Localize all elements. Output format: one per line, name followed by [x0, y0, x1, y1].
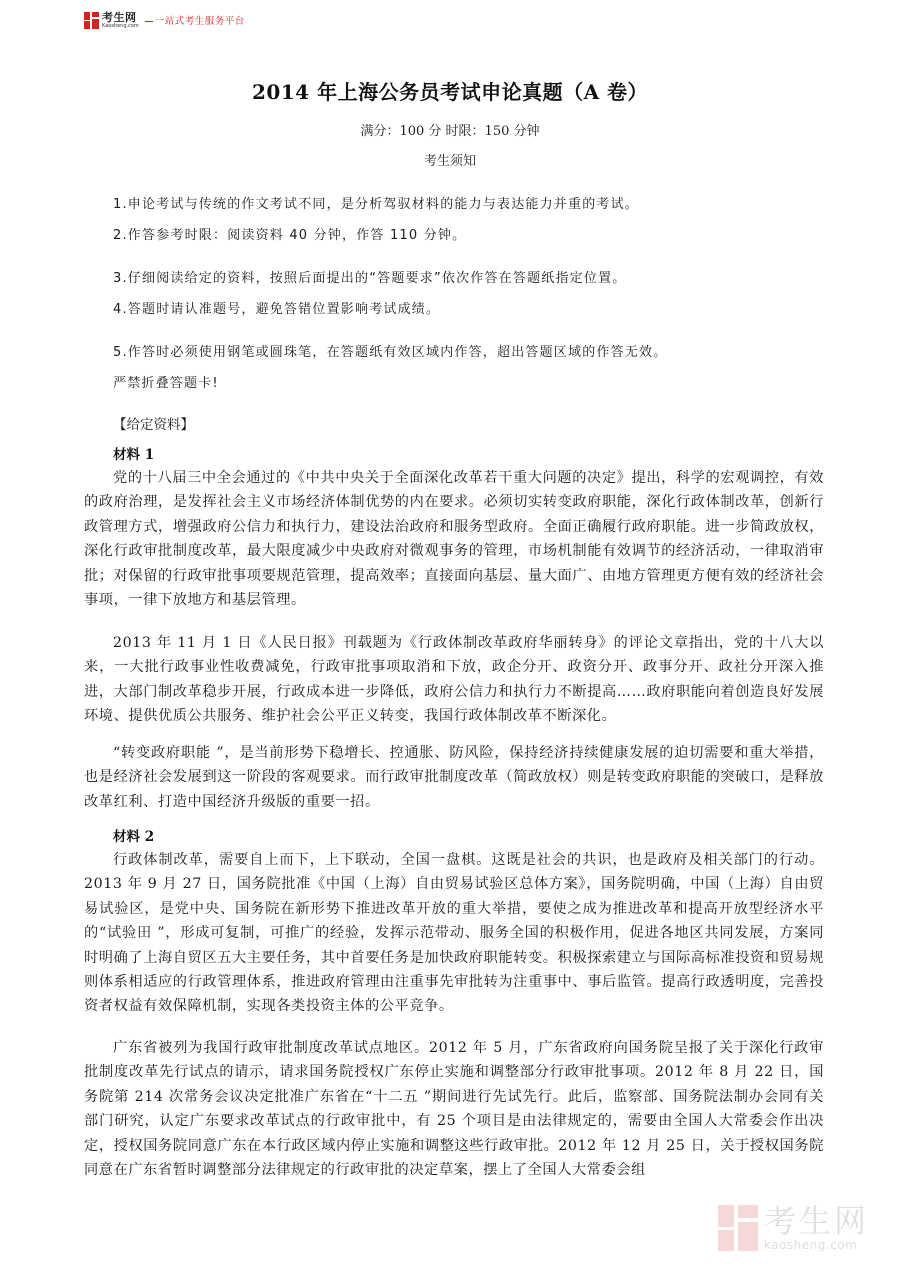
site-slogan: 一站式考生服务平台 — [145, 13, 245, 27]
kaosheng-logo-icon — [84, 12, 99, 29]
notice-item: 3.仔细阅读给定的资料，按照后面提出的“答题要求”依次作答在答题纸指定位置。 — [113, 267, 626, 286]
material-paragraph: 党的十八届三中全会通过的《中共中央关于全面深化改革若干重大问题的决定》提出，科学… — [84, 466, 824, 612]
watermark-cn: 考生网 — [764, 1205, 869, 1237]
watermark: 考生网 kaosheng.com — [718, 1205, 869, 1251]
site-logo[interactable]: 考生网 Kaosheng.com — [102, 12, 139, 29]
material-paragraph: “转变政府职能 ”，是当前形势下稳增长、控通胀、防风险，保持经济持续健康发展的迫… — [84, 741, 824, 814]
watermark-logo-icon — [718, 1205, 758, 1251]
material-paragraph: 2013 年 11 月 1 日《人民日报》刊载题为《行政体制改革政府华丽转身》的… — [84, 631, 824, 729]
notice-heading: 考生须知 — [0, 150, 900, 169]
score-time-info: 满分：100 分 时限：150 分钟 — [0, 120, 900, 139]
notice-item: 2.作答参考时限：阅读资料 40 分钟，作答 110 分钟。 — [113, 224, 466, 243]
watermark-en: kaosheng.com — [764, 1239, 869, 1251]
material-paragraph: 广东省被列为我国行政审批制度改革试点地区。2012 年 5 月，广东省政府向国务… — [84, 1036, 824, 1182]
material-paragraph: 行政体制改革，需要自上而下，上下联动，全国一盘棋。这既是社会的共识，也是政府及相… — [84, 848, 824, 1019]
notice-item: 1.申论考试与传统的作文考试不同，是分析驾驭材料的能力与表达能力并重的考试。 — [113, 193, 639, 212]
logo-en: Kaosheng.com — [102, 24, 139, 29]
notice-item: 5.作答时必须使用钢笔或圆珠笔，在答题纸有效区域内作答，超出答题区域的作答无效。 — [113, 341, 667, 360]
material-heading: 材料 1 — [113, 443, 154, 463]
document-title: 2014 年上海公务员考试申论真题（A 卷） — [0, 76, 900, 105]
notice-item: 4.答题时请认准题号，避免答错位置影响考试成绩。 — [113, 298, 440, 317]
logo-cn: 考生网 — [102, 12, 139, 23]
notice-item-warning: 严禁折叠答题卡! — [113, 372, 219, 391]
given-materials-label: 【给定资料】 — [113, 413, 194, 433]
material-heading: 材料 2 — [113, 825, 154, 845]
site-header: 考生网 Kaosheng.com 一站式考生服务平台 — [84, 7, 245, 33]
